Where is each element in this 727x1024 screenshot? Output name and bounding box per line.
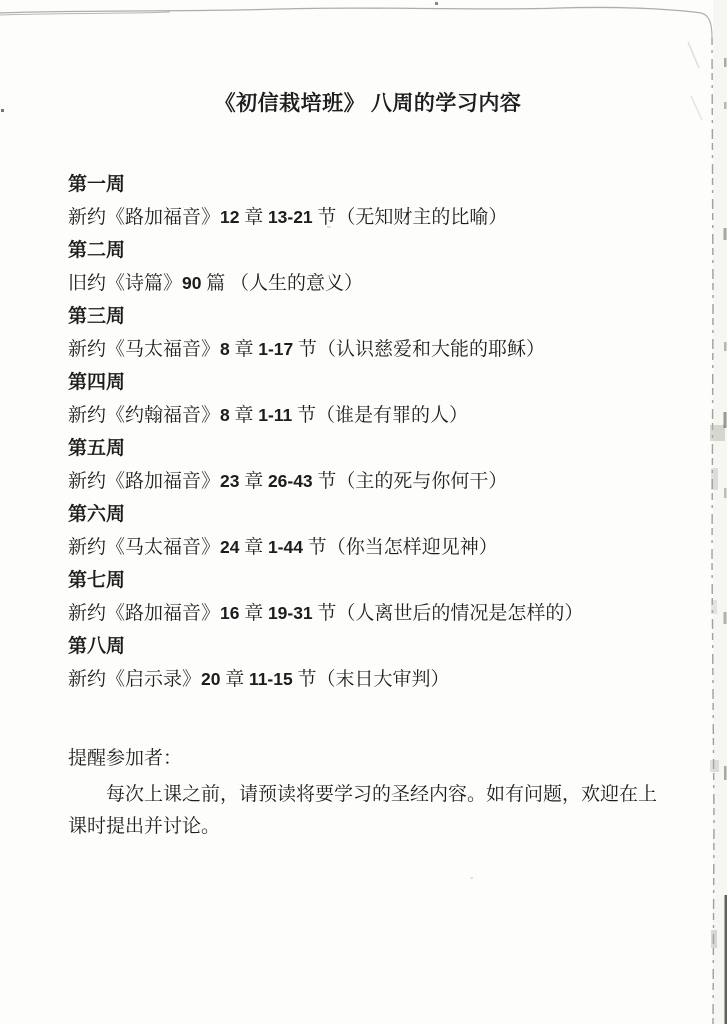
- document-body: 《初信栽培班》 八周的学习内容 第一周新约《路加福音》12 章 13-21 节（…: [68, 0, 668, 843]
- scanned-document-page: 《初信栽培班》 八周的学习内容 第一周新约《路加福音》12 章 13-21 节（…: [0, 0, 727, 1024]
- week-label: 第六周: [68, 498, 668, 531]
- week-content: 新约《约翰福音》8 章 1-11 节（谁是有罪的人）: [68, 399, 668, 432]
- reminder-paragraph: 每次上课之前，请预读将要学习的圣经内容。如有问题，欢迎在上课时提出并讨论。: [68, 779, 668, 843]
- week-label: 第四周: [68, 366, 668, 399]
- page-title: 《初信栽培班》 八周的学习内容: [68, 88, 668, 118]
- scan-margin-right: [713, 0, 727, 1024]
- week-content: 新约《路加福音》12 章 13-21 节（无知财主的比喻）: [68, 201, 668, 234]
- weeks-list: 第一周新约《路加福音》12 章 13-21 节（无知财主的比喻）第二周旧约《诗篇…: [68, 168, 668, 696]
- week-label: 第七周: [68, 564, 668, 597]
- week-content: 新约《马太福音》8 章 1-17 节（认识慈爱和大能的耶稣）: [68, 333, 668, 366]
- reminder-section: 提醒参加者： 每次上课之前，请预读将要学习的圣经内容。如有问题，欢迎在上课时提出…: [68, 742, 668, 843]
- week-content: 新约《马太福音》24 章 1-44 节（你当怎样迎见神）: [68, 531, 668, 564]
- week-content: 旧约《诗篇》90 篇 （人生的意义）: [68, 267, 668, 300]
- week-content: 新约《启示录》20 章 11-15 节（末日大审判）: [68, 663, 668, 696]
- week-label: 第二周: [68, 234, 668, 267]
- reminder-heading: 提醒参加者：: [68, 742, 668, 775]
- week-label: 第一周: [68, 168, 668, 201]
- week-content: 新约《路加福音》16 章 19-31 节（人离世后的情况是怎样的）: [68, 597, 668, 630]
- week-label: 第五周: [68, 432, 668, 465]
- week-content: 新约《路加福音》23 章 26-43 节（主的死与你何干）: [68, 465, 668, 498]
- week-label: 第八周: [68, 630, 668, 663]
- week-label: 第三周: [68, 300, 668, 333]
